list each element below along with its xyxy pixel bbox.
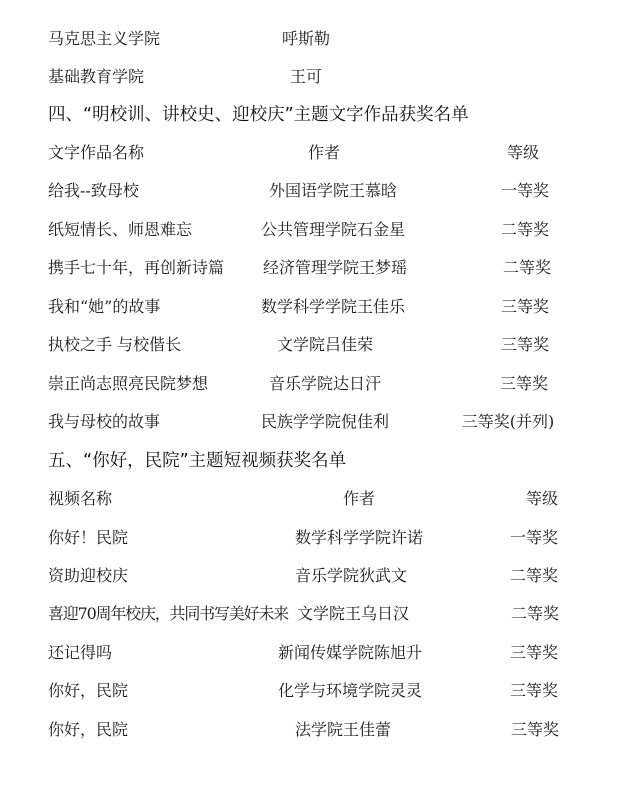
work-title: 崇正尚志照亮民院梦想 — [48, 372, 208, 396]
work-title: 我和“她”的故事 — [48, 295, 160, 319]
section-heading-short-videos: 五、“你好，民院”主题短视频获奖名单 — [0, 449, 624, 473]
work-author: 文学院吕佳荣 — [277, 333, 373, 357]
video-title: 喜迎70周年校庆，共同书写美好未来 — [48, 602, 288, 626]
table-row: 崇正尚志照亮民院梦想 音乐学院达日汗 三等奖 — [0, 372, 624, 396]
table-row: 你好，民院 法学院王佳蕾 三等奖 — [0, 718, 624, 742]
video-title: 你好，民院 — [48, 718, 128, 742]
award-grade: 一等奖 — [510, 526, 558, 550]
table-row: 携手七十年，再创新诗篇 经济管理学院王梦瑶 二等奖 — [0, 256, 624, 280]
award-grade: 三等奖 — [511, 718, 559, 742]
table-row: 纸短情长、师恩难忘 公共管理学院石金星 二等奖 — [0, 218, 624, 242]
college-name: 马克思主义学院 — [48, 27, 160, 51]
video-author: 音乐学院狄武文 — [295, 564, 407, 588]
table-header: 文字作品名称 作者 等级 — [0, 141, 624, 165]
table-row: 我与母校的故事 民族学学院倪佳利 三等奖(并列) — [0, 410, 624, 434]
award-grade: 三等奖 — [501, 295, 549, 319]
award-grade: 三等奖 — [510, 641, 558, 665]
award-grade: 三等奖 — [500, 372, 548, 396]
column-header-grade: 等级 — [507, 141, 539, 165]
table-row: 给我--致母校 外国语学院王慕晗 一等奖 — [0, 179, 624, 203]
award-grade: 三等奖 — [501, 333, 549, 357]
section-title: 五、“你好，民院”主题短视频获奖名单 — [48, 449, 346, 473]
column-header-title: 视频名称 — [48, 487, 112, 511]
video-author: 新闻传媒学院陈旭升 — [278, 641, 422, 665]
video-title: 你好，民院 — [48, 679, 128, 703]
video-author: 文学院王乌日汉 — [297, 602, 409, 626]
table-row: 我和“她”的故事 数学科学学院王佳乐 三等奖 — [0, 295, 624, 319]
section-title: 四、“明校训、讲校史、迎校庆”主题文字作品获奖名单 — [48, 103, 469, 127]
work-author: 数学科学学院王佳乐 — [261, 295, 405, 319]
table-row: 你好！民院 数学科学学院许诺 一等奖 — [0, 526, 624, 550]
award-grade: 一等奖 — [501, 179, 549, 203]
table-header: 视频名称 作者 等级 — [0, 487, 624, 511]
column-header-grade: 等级 — [526, 487, 558, 511]
work-title: 给我--致母校 — [48, 179, 139, 203]
video-author: 数学科学学院许诺 — [295, 526, 423, 550]
winner-name: 王可 — [290, 65, 322, 89]
work-title: 执校之手 与校偕长 — [48, 333, 181, 357]
award-grade: 三等奖 — [510, 679, 558, 703]
column-header-author: 作者 — [343, 487, 375, 511]
award-grade: 二等奖 — [511, 602, 559, 626]
work-author: 民族学学院倪佳利 — [261, 410, 389, 434]
winner-name: 呼斯勒 — [282, 27, 330, 51]
work-title: 纸短情长、师恩难忘 — [48, 218, 192, 242]
table-row: 还记得吗 新闻传媒学院陈旭升 三等奖 — [0, 641, 624, 665]
table-row: 你好，民院 化学与环境学院灵灵 三等奖 — [0, 679, 624, 703]
work-title: 我与母校的故事 — [48, 410, 160, 434]
video-author: 化学与环境学院灵灵 — [278, 679, 422, 703]
college-name: 基础教育学院 — [48, 65, 144, 89]
list-item: 基础教育学院 王可 — [0, 65, 624, 89]
award-grade: 三等奖(并列) — [462, 410, 555, 434]
table-row: 执校之手 与校偕长 文学院吕佳荣 三等奖 — [0, 333, 624, 357]
work-title: 携手七十年，再创新诗篇 — [48, 256, 224, 280]
award-grade: 二等奖 — [501, 218, 549, 242]
video-title: 还记得吗 — [48, 641, 112, 665]
column-header-title: 文字作品名称 — [48, 141, 144, 165]
award-grade: 二等奖 — [510, 564, 558, 588]
video-author: 法学院王佳蕾 — [295, 718, 391, 742]
table-row: 喜迎70周年校庆，共同书写美好未来 文学院王乌日汉 二等奖 — [0, 602, 624, 626]
work-author: 公共管理学院石金星 — [261, 218, 405, 242]
award-grade: 二等奖 — [503, 256, 551, 280]
video-title: 你好！民院 — [48, 526, 128, 550]
section-heading-text-works: 四、“明校训、讲校史、迎校庆”主题文字作品获奖名单 — [0, 103, 624, 127]
work-author: 外国语学院王慕晗 — [269, 179, 397, 203]
video-title: 资助迎校庆 — [48, 564, 128, 588]
work-author: 经济管理学院王梦瑶 — [263, 256, 407, 280]
work-author: 音乐学院达日汗 — [269, 372, 381, 396]
list-item: 马克思主义学院 呼斯勒 — [0, 27, 624, 51]
table-row: 资助迎校庆 音乐学院狄武文 二等奖 — [0, 564, 624, 588]
column-header-author: 作者 — [308, 141, 340, 165]
